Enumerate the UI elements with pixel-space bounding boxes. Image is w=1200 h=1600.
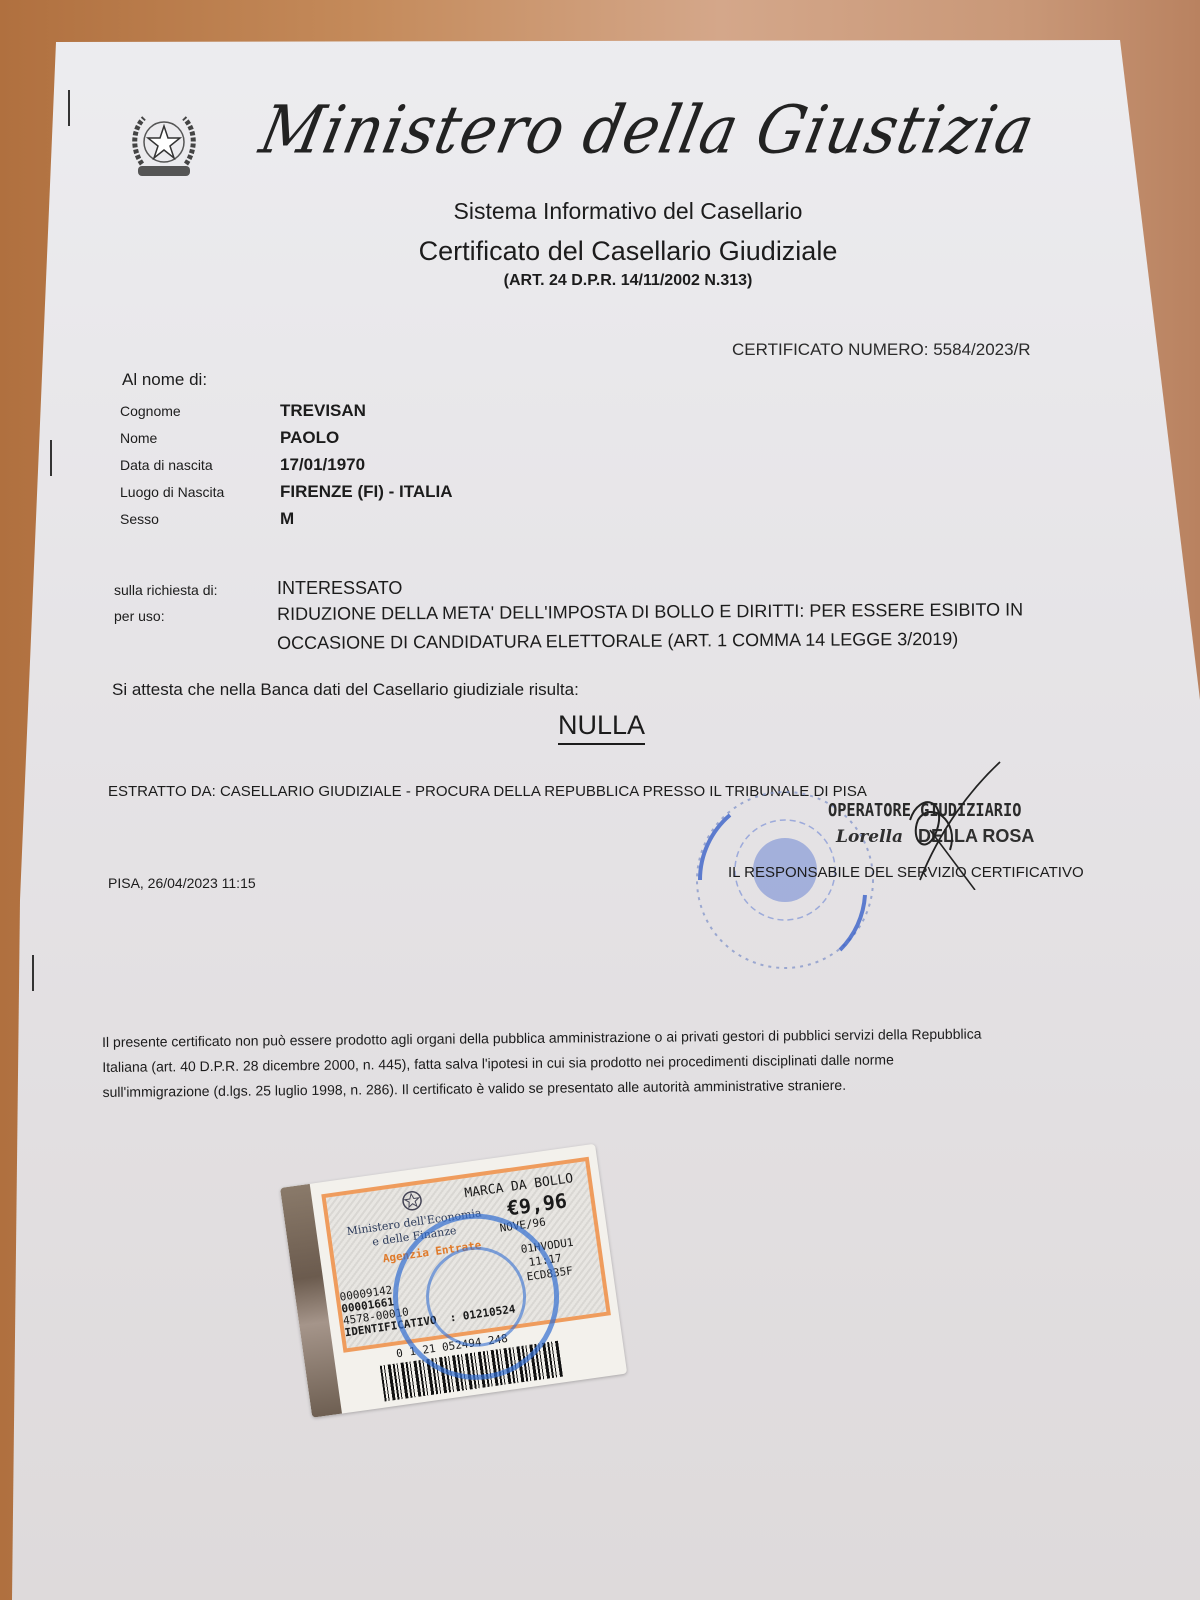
requested-by-label: sulla richiesta di: (114, 582, 218, 598)
margin-mark (32, 955, 34, 991)
field-label-sesso: Sesso (120, 511, 159, 527)
ministry-name: Ministero della Giustizia (254, 92, 1042, 169)
place-and-date: PISA, 26/04/2023 11:15 (108, 875, 256, 891)
legal-reference: (ART. 24 D.P.R. 14/11/2002 N.313) (28, 272, 1200, 290)
disclaimer: Il presente certificato non può essere p… (102, 1020, 1093, 1104)
field-label-luogo-nascita: Luogo di Nascita (120, 484, 224, 500)
requested-by-value: INTERESSATO (277, 578, 402, 599)
subject-intro: Al nome di: (122, 370, 207, 390)
result-statement: Si attesta che nella Banca dati del Case… (112, 680, 579, 700)
use-value-line2: OCCASIONE DI CANDIDATURA ELETTORALE (ART… (277, 629, 958, 654)
field-value-cognome: TREVISAN (280, 401, 366, 421)
handwritten-signature-icon (880, 760, 1020, 890)
certificate-number-label: CERTIFICATO NUMERO: (732, 340, 928, 359)
republic-emblem-icon (400, 1188, 425, 1213)
field-label-data-nascita: Data di nascita (120, 457, 213, 473)
certificate-number: CERTIFICATO NUMERO: 5584/2023/R (732, 340, 1031, 360)
field-value-sesso: M (280, 509, 294, 529)
system-name: Sistema Informativo del Casellario (28, 198, 1200, 225)
result-value: NULLA (558, 710, 645, 745)
use-label: per uso: (114, 608, 165, 624)
field-value-data-nascita: 17/01/1970 (280, 455, 365, 475)
italian-republic-emblem-icon (128, 106, 200, 184)
field-label-nome: Nome (120, 430, 157, 446)
document-title: Certificato del Casellario Giudiziale (28, 236, 1200, 267)
field-value-luogo-nascita: FIRENZE (FI) - ITALIA (280, 482, 453, 502)
margin-mark (68, 90, 70, 126)
margin-mark (50, 440, 52, 476)
revenue-stamp: Ministero dell'Economia e delle Finanze … (280, 1144, 627, 1418)
field-label-cognome: Cognome (120, 403, 181, 419)
field-value-nome: PAOLO (280, 428, 339, 448)
certificate-number-value: 5584/2023/R (933, 340, 1030, 359)
